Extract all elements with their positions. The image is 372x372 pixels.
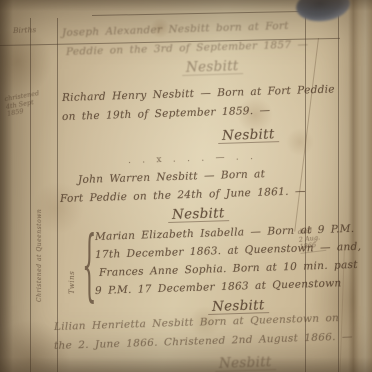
crease-line	[294, 38, 319, 232]
entry-richard-margin-note: christened 4th Sept 1859	[4, 90, 42, 118]
births-column-header: Births	[13, 26, 36, 34]
entry-twins-line-3: Frances Anne Sophia. Born at 10 min. pas…	[99, 259, 358, 279]
twins-right-margin-note: died 2 Aug. 1866	[298, 226, 327, 253]
twins-left-margin-note: Christened at Queenstown	[36, 209, 44, 302]
twins-side-label: Twins	[66, 271, 78, 294]
entry-richard-line-2: on the 19th of September 1859. —	[62, 104, 271, 123]
entry-joseph-signature: Nesbitt	[182, 60, 243, 76]
page-edge	[348, 0, 372, 372]
entry-richard-signature: Nesbitt	[218, 128, 279, 144]
entry-separator-mark: . . x . . . — . .	[128, 151, 256, 167]
entry-lilian-signature: Nesbitt	[215, 356, 276, 372]
entry-john-signature: Nesbitt	[168, 207, 229, 223]
entry-john-line-1: John Warren Nesbitt — Born at	[78, 168, 266, 186]
entry-richard-line-1: Richard Henry Nesbitt — Born at Fort Ped…	[62, 83, 335, 104]
entry-joseph-line-2: Peddie on the 3rd of September 1857 —	[66, 38, 309, 58]
entry-twins-signature: Nesbitt	[208, 299, 269, 315]
entry-john-line-2: Fort Peddie on the 24th of June 1861. —	[60, 185, 306, 205]
register-page-photo: Births Joseph Alexander Nesbitt born at …	[0, 0, 372, 372]
page-clip	[294, 0, 351, 24]
rule-vertical-margin-left-outer	[30, 18, 31, 372]
entry-lilian-line-2: the 2. June 1866. Christened 2nd August …	[54, 331, 353, 352]
entry-lilian-line-1: Lilian Henrietta Nesbitt Born at Queenst…	[54, 312, 339, 333]
rule-vertical-margin-left-inner	[57, 18, 58, 372]
entry-joseph-line-1: Joseph Alexander Nesbitt born at Fort	[62, 20, 289, 39]
